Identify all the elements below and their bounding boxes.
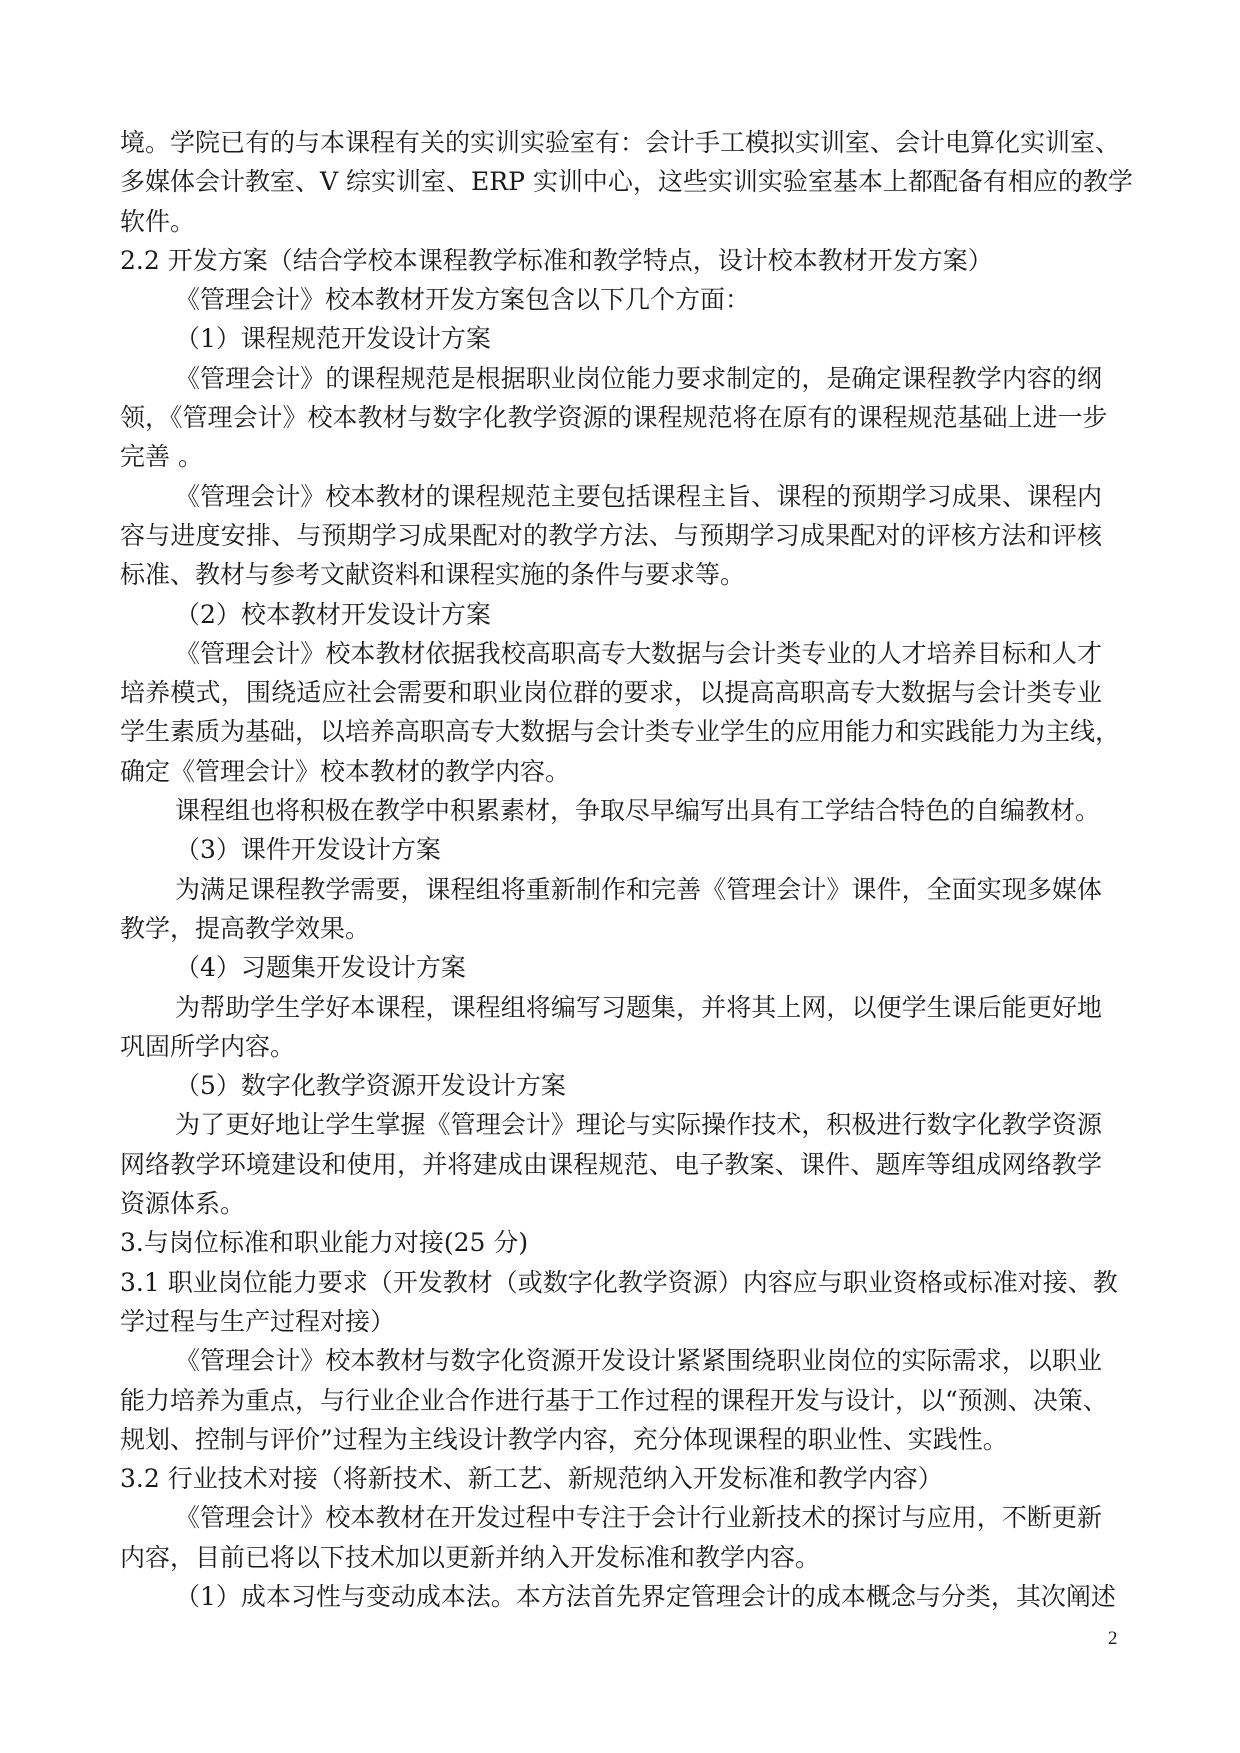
section-heading-3: 3.与岗位标准和职业能力对接(25 分) (120, 1223, 1102, 1262)
subheading-exercises: （4）习题集开发设计方案 (120, 948, 1102, 987)
subheading-textbook: （2）校本教材开发设计方案 (120, 595, 1102, 634)
paragraph-line: 为满足课程教学需要，课程组将重新制作和完善《管理会计》课件，全面实现多媒体 (120, 870, 1102, 909)
paragraph-line: 为帮助学生学好本课程，课程组将编写习题集，并将其上网，以便学生课后能更好地 (120, 988, 1102, 1027)
section-heading-2-2: 2.2 开发方案（结合学校本课程教学标准和教学特点，设计校本教材开发方案） (120, 241, 1102, 280)
paragraph-line: 培养模式，围绕适应社会需要和职业岗位群的要求，以提高高职高专大数据与会计类专业 (120, 673, 1102, 712)
paragraph-line: 确定《管理会计》校本教材的教学内容。 (120, 752, 1102, 791)
paragraph-line: 巩固所学内容。 (120, 1027, 1102, 1066)
paragraph-line: 《管理会计》校本教材的课程规范主要包括课程主旨、课程的预期学习成果、课程内 (120, 477, 1102, 516)
paragraph-line: 软件。 (120, 202, 1102, 241)
paragraph-line: 标准、教材与参考文献资料和课程实施的条件与要求等。 (120, 555, 1102, 594)
subheading-courseware: （3）课件开发设计方案 (120, 830, 1102, 869)
paragraph-line: 完善 。 (120, 437, 1102, 476)
page-number: 2 (1108, 1628, 1118, 1650)
paragraph-line: 境。学院已有的与本课程有关的实训实验室有：会计手工模拟实训室、会计电算化实训室、 (120, 123, 1102, 162)
paragraph-line: 为了更好地让学生掌握《管理会计》理论与实际操作技术，积极进行数字化教学资源 (120, 1105, 1102, 1144)
paragraph-line: 能力培养为重点，与行业企业合作进行基于工作过程的课程开发与设计，以“预测、决策、 (120, 1381, 1102, 1420)
section-heading-3-2: 3.2 行业技术对接（将新技术、新工艺、新规范纳入开发标准和教学内容） (120, 1459, 1102, 1498)
subheading-course-spec: （1）课程规范开发设计方案 (120, 319, 1102, 358)
paragraph-line: 多媒体会计教室、V 综实训室、ERP 实训中心，这些实训实验室基本上都配备有相应… (120, 162, 1102, 201)
paragraph-line: 规划、控制与评价”过程为主线设计教学内容，充分体现课程的职业性、实践性。 (120, 1420, 1102, 1459)
section-heading-3-1: 3.1 职业岗位能力要求（开发教材（或数字化教学资源）内容应与职业资格或标准对接… (120, 1263, 1102, 1302)
paragraph-line: 课程组也将积极在教学中积累素材，争取尽早编写出具有工学结合特色的自编教材。 (120, 791, 1102, 830)
subheading-digital-resources: （5）数字化教学资源开发设计方案 (120, 1066, 1102, 1105)
paragraph-line: 教学，提高教学效果。 (120, 909, 1102, 948)
paragraph-line: （1）成本习性与变动成本法。本方法首先界定管理会计的成本概念与分类，其次阐述 (120, 1577, 1102, 1616)
paragraph-line: 资源体系。 (120, 1184, 1102, 1223)
paragraph-line: 《管理会计》校本教材与数字化资源开发设计紧紧围绕职业岗位的实际需求，以职业 (120, 1341, 1102, 1380)
paragraph-line: 《管理会计》校本教材开发方案包含以下几个方面： (120, 280, 1102, 319)
paragraph-line: 学生素质为基础，以培养高职高专大数据与会计类专业学生的应用能力和实践能力为主线， (120, 712, 1102, 751)
paragraph-line: 容与进度安排、与预期学习成果配对的教学方法、与预期学习成果配对的评核方法和评核 (120, 516, 1102, 555)
paragraph-line: 《管理会计》校本教材在开发过程中专注于会计行业新技术的探讨与应用，不断更新 (120, 1498, 1102, 1537)
section-heading-3-1-cont: 学过程与生产过程对接） (120, 1302, 1102, 1341)
paragraph-line: 内容，目前已将以下技术加以更新并纳入开发标准和教学内容。 (120, 1538, 1102, 1577)
paragraph-line: 网络教学环境建设和使用，并将建成由课程规范、电子教案、课件、题库等组成网络教学 (120, 1145, 1102, 1184)
document-body: 境。学院已有的与本课程有关的实训实验室有：会计手工模拟实训室、会计电算化实训室、… (120, 123, 1102, 1616)
paragraph-line: 领，《管理会计》校本教材与数字化教学资源的课程规范将在原有的课程规范基础上进一步 (120, 398, 1102, 437)
paragraph-line: 《管理会计》的课程规范是根据职业岗位能力要求制定的，是确定课程教学内容的纲 (120, 359, 1102, 398)
paragraph-line: 《管理会计》校本教材依据我校高职高专大数据与会计类专业的人才培养目标和人才 (120, 634, 1102, 673)
